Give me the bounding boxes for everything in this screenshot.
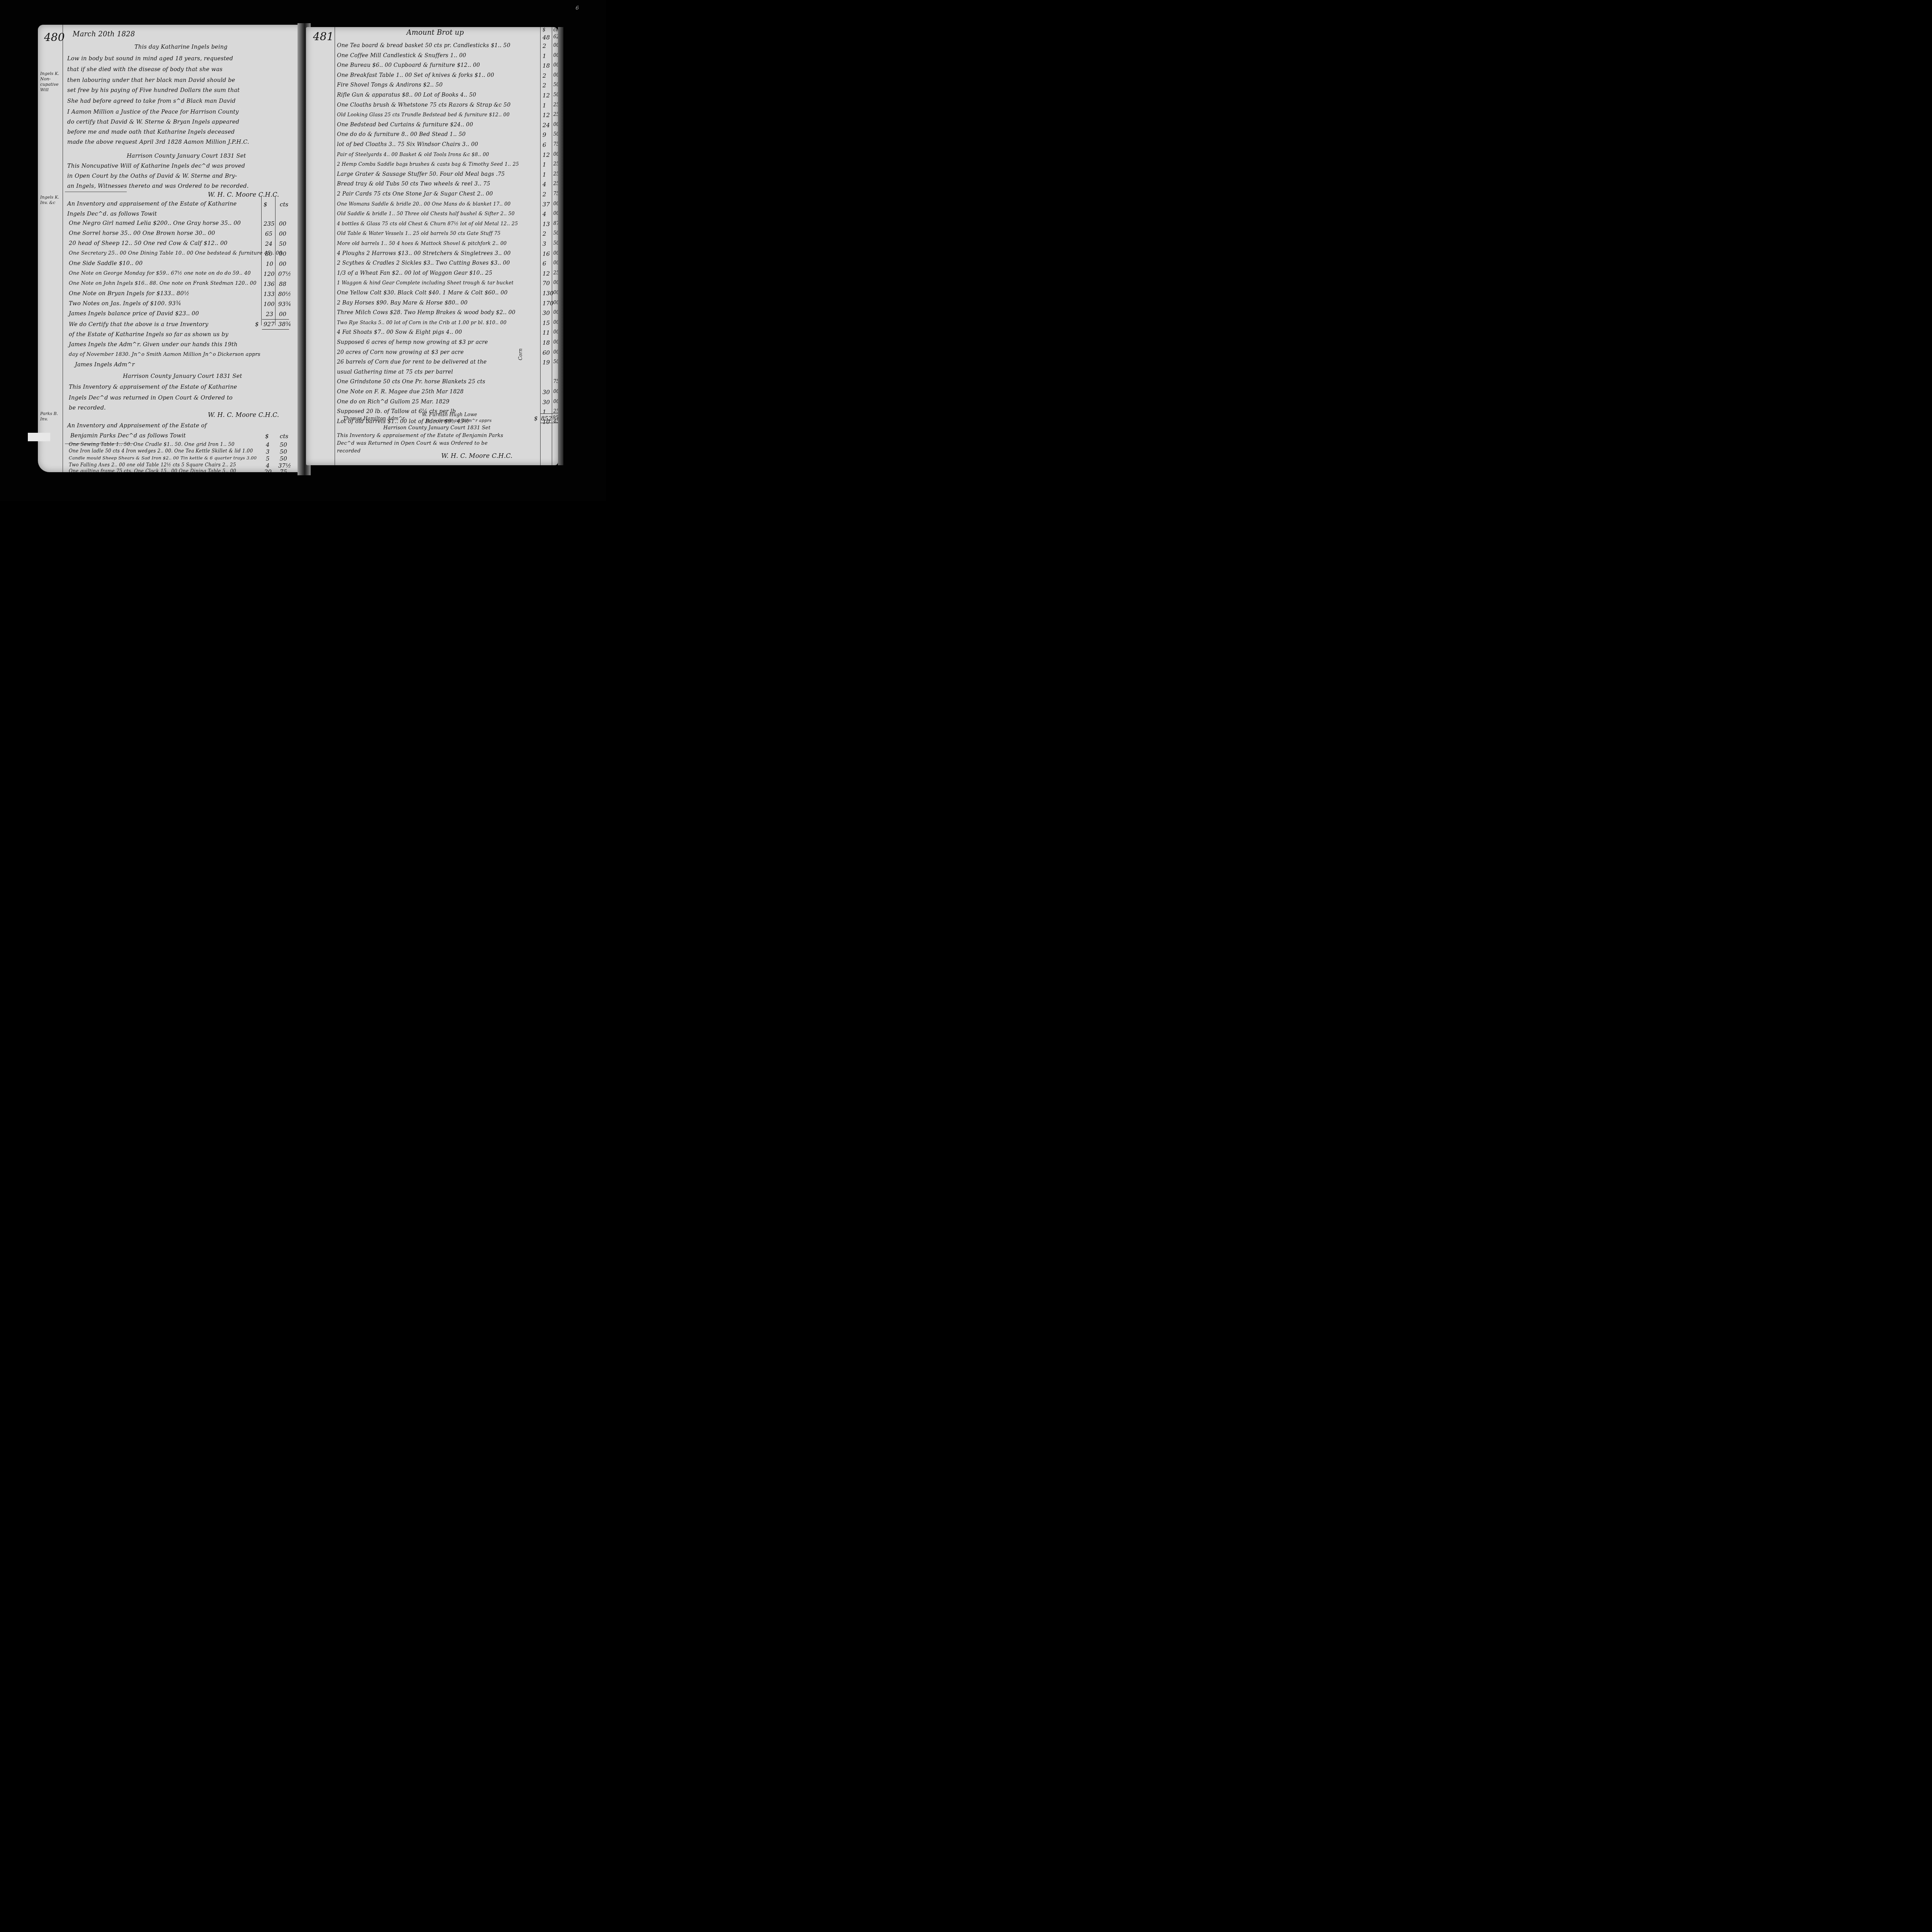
item-dollars: 11 xyxy=(543,329,550,336)
court-line: This Inventory & appraisement of the Est… xyxy=(337,433,503,439)
item-dollars: 235 xyxy=(264,220,275,227)
item-dollars: 65 xyxy=(265,230,272,237)
item-dollars: 15 xyxy=(543,320,550,327)
item-dollars: 9 xyxy=(543,131,546,138)
carried-cents: 62½ xyxy=(553,34,558,39)
inventory-heading: An Inventory and appraisement of the Est… xyxy=(67,201,237,207)
will-line: I Aamon Million a Justice of the Peace f… xyxy=(67,109,239,115)
inventory-item: Bread tray & old Tubs 50 cts Two wheels … xyxy=(337,181,490,187)
total-cents: 95½ xyxy=(553,415,558,420)
inventory-item: One Negro Girl named Lelia $200.. One Gr… xyxy=(69,220,241,226)
court-heading: Harrison County January Court 1831 Set xyxy=(127,153,246,159)
item-dollars: 18 xyxy=(543,339,550,346)
item-cents: 75 xyxy=(280,468,287,472)
administrator-signature: James Ingels Adm^r xyxy=(75,362,135,368)
item-cents: 50 xyxy=(280,455,287,462)
item-cents: 00 xyxy=(553,53,558,58)
inventory-item: Old Table & Water Vessels 1.. 25 old bar… xyxy=(337,230,500,236)
inventory-item: One do on Rich^d Gullom 25 Mar. 1829 xyxy=(337,399,449,405)
item-cents: 25 xyxy=(553,112,558,117)
item-cents: 50 xyxy=(553,131,558,137)
inventory-item: One quilting frame 75 cts. One Clock 15.… xyxy=(69,468,236,472)
inventory-item: 20 head of Sheep 12.. 50 One red Cow & C… xyxy=(69,240,228,247)
inventory-item: Rifle Gun & apparatus $8.. 00 Lot of Boo… xyxy=(337,92,476,98)
item-dollars: 19 xyxy=(543,359,550,366)
amount-brought-up: Amount Brot up xyxy=(406,29,464,37)
inventory-item: One Breakfast Table 1.. 00 Set of knives… xyxy=(337,72,494,78)
clerk-signature: W. H. C. Moore C.H.C. xyxy=(441,452,512,459)
inventory-item: 2 Hemp Combs Saddle bags brushes & casts… xyxy=(337,161,519,167)
item-cents: 25 xyxy=(553,161,558,167)
item-cents: 00 xyxy=(553,389,558,394)
item-cents: 87½ xyxy=(553,221,558,226)
item-dollars: 133 xyxy=(264,291,275,298)
will-line: do certify that David & W. Sterne & Brya… xyxy=(67,119,239,125)
item-dollars: 6 xyxy=(543,141,546,148)
inventory-item: usual Gathering time at 75 cts per barre… xyxy=(337,369,453,375)
court-heading: Harrison County January Court 1831 Set xyxy=(123,373,242,379)
item-cents: 50 xyxy=(553,92,558,97)
appraiser-signature: W. Furnish Hugh Lowe xyxy=(422,412,477,417)
item-cents: 88 xyxy=(279,281,286,287)
will-line: set free by his paying of Five hundred D… xyxy=(67,87,240,94)
total-rule xyxy=(540,423,558,423)
cents-column-rule xyxy=(275,196,276,325)
item-dollars: 1 xyxy=(543,171,546,178)
inventory-item: Three Milch Cows $28. Two Hemp Brakes & … xyxy=(337,310,515,316)
item-dollars: 130 xyxy=(543,290,554,297)
item-cents: 00 xyxy=(553,201,558,206)
will-line: This Noncupative Will of Katharine Ingel… xyxy=(67,163,245,169)
film-label-tab xyxy=(28,433,50,441)
item-dollars: 3 xyxy=(266,448,270,455)
total-prefix: $ xyxy=(534,415,538,422)
inventory-item: One Grindstone 50 cts One Pr. horse Blan… xyxy=(337,379,485,385)
inventory-item: Pair of Steelyards 4.. 00 Basket & old T… xyxy=(337,151,489,157)
will-line: that if she died with the disease of bod… xyxy=(67,66,223,73)
item-dollars: 12 xyxy=(543,151,550,158)
will-line: in Open Court by the Oaths of David & W.… xyxy=(67,173,237,179)
page-edge xyxy=(558,27,563,465)
item-dollars: 30 xyxy=(543,310,550,316)
item-cents: 00 xyxy=(553,310,558,315)
item-dollars: 170 xyxy=(543,300,554,307)
dollars-header: $ xyxy=(265,433,269,440)
inventory-item: 4 Fat Shoats $7.. 00 Sow & Eight pigs 4.… xyxy=(337,329,462,335)
item-cents: 00 xyxy=(553,320,558,325)
court-line: be recorded. xyxy=(69,405,106,411)
item-dollars: 70 xyxy=(543,280,550,287)
inventory-item: One Tea board & bread basket 50 cts pr. … xyxy=(337,43,510,49)
court-line: Dec^d was Returned in Open Court & was O… xyxy=(337,440,488,446)
inventory-item: 4 bottles & Glass 75 cts old Chest & Chu… xyxy=(337,221,518,226)
will-line: before me and made oath that Katharine I… xyxy=(67,129,235,135)
item-dollars: 1 xyxy=(543,53,546,60)
inventory-item: One Note on Bryan Ingels for $133.. 80½ xyxy=(69,291,189,297)
item-dollars: 2 xyxy=(543,43,546,49)
item-dollars: 20 xyxy=(264,468,272,472)
appraiser-signature: Jn^o Crenshaw Adm^r apprs xyxy=(426,418,492,423)
will-line: Low in body but sound in mind aged 18 ye… xyxy=(67,56,233,62)
court-line: recorded xyxy=(337,448,361,454)
section-divider xyxy=(65,192,127,192)
item-cents: 00 xyxy=(553,399,558,404)
item-cents: 50 xyxy=(280,448,287,455)
item-cents: 00 xyxy=(553,290,558,295)
certification-line: We do Certify that the above is a true I… xyxy=(69,321,208,328)
item-dollars: 120 xyxy=(264,270,275,277)
inventory-item: One Sorrel horse 35.. 00 One Brown horse… xyxy=(69,230,215,236)
item-cents: 25 xyxy=(553,102,558,107)
inventory-item: Two Notes on Jas. Ingels of $100. 93¾ xyxy=(69,301,181,307)
item-dollars: 2 xyxy=(543,230,546,237)
inventory-item: 2 Pair Cards 75 cts One Stone Jar & Suga… xyxy=(337,191,493,197)
item-dollars: 10 xyxy=(266,260,273,267)
item-dollars: 5 xyxy=(266,455,270,462)
inventory-heading: Ingels Dec^d. as follows Towit xyxy=(67,211,157,217)
inventory-item: lot of bed Cloaths 3.. 75 Six Windsor Ch… xyxy=(337,141,478,148)
court-line: This Inventory & appraisement of the Est… xyxy=(69,384,237,390)
inventory-item: Two Falling Axes 2.. 00 one old Table 12… xyxy=(69,462,236,468)
item-dollars: 60 xyxy=(543,349,550,356)
item-cents: 50 xyxy=(553,240,558,246)
item-dollars: 30 xyxy=(543,389,550,396)
dollar-column-rule xyxy=(261,196,262,325)
margin-annotation: Corn xyxy=(518,349,523,361)
inventory-item: One Sewing Table 1.. 50. One Cradle $1..… xyxy=(69,441,235,447)
item-dollars: 30 xyxy=(543,399,550,406)
ledger-page-481: 481 Amount Brot up $ cts 48 62½ One Tea … xyxy=(306,27,558,465)
item-dollars: 4 xyxy=(543,181,546,188)
inventory-item: Old Saddle & bridle 1.. 50 Three old Che… xyxy=(337,211,515,216)
cents-header: cts xyxy=(280,433,288,440)
item-dollars: 1 xyxy=(543,102,546,109)
item-dollars: 136 xyxy=(264,281,275,287)
item-cents: 80½ xyxy=(278,291,291,298)
administrator-signature: Thomas Hamilton Adm^r xyxy=(343,416,405,421)
total-dollars: 852 xyxy=(541,415,552,422)
item-dollars: 24 xyxy=(543,122,550,129)
item-cents: 00 xyxy=(553,250,558,256)
total-rule xyxy=(262,319,289,320)
item-cents: 00 xyxy=(279,260,286,267)
item-dollars: 2 xyxy=(543,72,546,79)
item-dollars: 23 xyxy=(266,311,273,318)
inventory-item: 26 barrels of Corn due for rent to be de… xyxy=(337,359,486,365)
item-cents: 00 xyxy=(553,151,558,157)
inventory-item: One do do & furniture 8.. 00 Bed Stead 1… xyxy=(337,131,466,138)
item-cents: 00 xyxy=(553,339,558,345)
item-cents: 00 xyxy=(553,62,558,68)
cents-column-rule xyxy=(552,27,552,465)
inventory-item: One Note on George Monday for $59.. 67½ … xyxy=(69,270,251,276)
will-line: an Ingels, Witnesses thereto and was Ord… xyxy=(67,183,249,189)
court-heading: Harrison County January Court 1831 Set xyxy=(383,425,490,431)
court-line: Ingels Dec^d was returned in Open Court … xyxy=(69,395,233,401)
item-cents: 00 xyxy=(279,220,286,227)
inventory-item: One Iron ladle 50 cts 4 Iron wedges 2.. … xyxy=(69,448,253,454)
cents-header: cts xyxy=(280,201,288,208)
frame-mark: 6 xyxy=(576,5,579,11)
item-dollars: 6 xyxy=(543,260,546,267)
item-cents: 00 xyxy=(553,260,558,265)
item-cents: 75 xyxy=(553,379,558,384)
item-dollars: 18 xyxy=(543,62,550,69)
will-line: This day Katharine Ingels being xyxy=(134,44,228,50)
item-cents: 50 xyxy=(279,240,286,247)
inventory-item: Two Rye Stacks 5.. 00 lot of Corn in the… xyxy=(337,320,507,325)
inventory-item: One Coffee Mill Candlestick & Snuffers 1… xyxy=(337,53,466,59)
item-dollars: 2 xyxy=(543,82,546,89)
clerk-signature: W. H. C. Moore C.H.C. xyxy=(208,191,279,198)
item-dollars: 3 xyxy=(543,240,546,247)
inventory-item: One Yellow Colt $30. Black Colt $40. 1 M… xyxy=(337,290,508,296)
will-date: March 20th 1828 xyxy=(73,30,135,38)
item-cents: 00 xyxy=(553,211,558,216)
inventory-item: Candle mould Sheep Shears & Sad Iron $2.… xyxy=(69,455,257,461)
inventory-item: One Note on F. R. Magee due 25th Mar 182… xyxy=(337,389,464,395)
item-dollars: 4 xyxy=(543,211,546,218)
item-dollars: 24 xyxy=(265,240,272,247)
cents-header: cts xyxy=(553,27,558,32)
item-cents: 00 xyxy=(553,72,558,78)
item-cents: 07½ xyxy=(278,270,291,277)
inventory-item: One Side Saddle $10.. 00 xyxy=(69,260,143,267)
total-rule xyxy=(540,413,558,414)
item-dollars: 13 xyxy=(543,221,550,228)
carried-dollars: 48 xyxy=(543,34,550,41)
item-dollars: 1 xyxy=(543,408,546,415)
inventory-item: 20 acres of Corn now growing at $3 per a… xyxy=(337,349,464,355)
inventory-item: 4 Ploughs 2 Harrows $13.. 00 Stretchers … xyxy=(337,250,511,257)
will-line: made the above request April 3rd 1828 Aa… xyxy=(67,139,249,145)
item-cents: 50 xyxy=(553,359,558,364)
inventory-item: One Bureau $6.. 00 Cupboard & furniture … xyxy=(337,62,480,68)
item-cents: 00 xyxy=(553,329,558,335)
item-cents: 50 xyxy=(553,82,558,87)
inventory-item: One Bedstead bed Curtains & furniture $2… xyxy=(337,122,473,128)
inventory-item: One Cloaths brush & Whetstone 75 cts Raz… xyxy=(337,102,510,108)
item-cents: 00 xyxy=(553,280,558,285)
inventory-heading: An Inventory and Appraisement of the Est… xyxy=(67,423,207,429)
inventory-heading: Benjamin Parks Dec^d as follows Towit xyxy=(70,433,186,439)
page-number: 480 xyxy=(44,31,65,44)
dollars-header: $ xyxy=(543,27,546,32)
total-rule xyxy=(262,329,289,330)
clerk-signature: W. H. C. Moore C.H.C. xyxy=(208,411,279,418)
item-cents: 25 xyxy=(553,270,558,276)
inventory-item: Supposed 6 acres of hemp now growing at … xyxy=(337,339,488,345)
item-cents: 00 xyxy=(279,250,286,257)
item-cents: 00 xyxy=(553,43,558,48)
inventory-item: Fire Shovel Tongs & Andirons $2.. 50 xyxy=(337,82,443,88)
inventory-item: One Secretary 25.. 00 One Dining Table 1… xyxy=(69,250,282,256)
inventory-item: 1/3 of a Wheat Fan $2.. 00 lot of Waggon… xyxy=(337,270,492,276)
item-cents: 75 xyxy=(553,141,558,147)
item-cents: 25 xyxy=(553,171,558,177)
dollar-column-rule xyxy=(540,27,541,465)
item-cents: 00 xyxy=(279,311,286,318)
item-dollars: 1 xyxy=(543,161,546,168)
margin-rule xyxy=(335,27,335,465)
inventory-item: 2 Scythes & Cradles 2 Sickles $3.. Two C… xyxy=(337,260,510,266)
total-dollars: 927 xyxy=(264,321,275,328)
dollars-header: $ xyxy=(264,201,267,208)
total-cents: 38¾ xyxy=(278,321,291,328)
ledger-page-480: 480 Ingels K. Non-cupative Will Ingels K… xyxy=(38,25,304,472)
item-cents: 25 xyxy=(553,408,558,414)
inventory-item: One Note on John Ingels $16.. 88. One no… xyxy=(69,281,257,286)
inventory-item: 1 Waggon & hind Gear Complete including … xyxy=(337,280,514,286)
item-cents: 00 xyxy=(553,300,558,305)
inventory-item: 2 Bay Horses $90. Bay Mare & Horse $80..… xyxy=(337,300,468,306)
item-cents: 00 xyxy=(279,230,286,237)
certification-line: day of November 1830. Jn^o Smith Aamon M… xyxy=(69,352,260,357)
item-dollars: 100 xyxy=(264,301,275,308)
item-cents: 50 xyxy=(553,230,558,236)
item-cents: 25 xyxy=(553,181,558,186)
certification-line: of the Estate of Katharine Ingels so far… xyxy=(69,332,228,338)
item-dollars: 4 xyxy=(266,441,270,448)
item-dollars: 2 xyxy=(543,191,546,198)
inventory-item: James Ingels balance price of David $23.… xyxy=(69,311,199,317)
margin-note: Ingels K. Inv. &c xyxy=(40,195,63,206)
item-cents: 00 xyxy=(553,122,558,127)
inventory-item: One Womans Saddle & bridle 20.. 00 One M… xyxy=(337,201,510,207)
item-cents: 75 xyxy=(553,191,558,196)
item-dollars: 12 xyxy=(543,92,550,99)
item-dollars: 80 xyxy=(265,250,272,257)
item-cents: 50 xyxy=(280,441,287,448)
item-dollars: 16 xyxy=(543,250,550,257)
will-line: She had before agreed to take from s^d B… xyxy=(67,98,236,104)
total-prefix: $ xyxy=(255,321,259,328)
certification-line: James Ingels the Adm^r. Given under our … xyxy=(69,342,238,348)
inventory-item: Old Looking Glass 25 cts Trundle Bedstea… xyxy=(337,112,510,117)
inventory-item: More old barrels 1.. 50 4 hoes & Mattock… xyxy=(337,240,507,246)
item-dollars: 37 xyxy=(543,201,550,208)
item-dollars: 12 xyxy=(543,112,550,119)
page-number: 481 xyxy=(313,30,333,43)
item-dollars: 12 xyxy=(543,270,550,277)
margin-note: Ingels K. Non-cupative Will xyxy=(40,71,63,93)
margin-note: Parks B. Inv. xyxy=(40,411,63,422)
item-cents: 00 xyxy=(553,349,558,355)
item-cents: 93¾ xyxy=(278,301,291,308)
will-line: then labouring under that her black man … xyxy=(67,77,235,83)
inventory-item: Large Grater & Sausage Stuffer 50. Four … xyxy=(337,171,505,177)
